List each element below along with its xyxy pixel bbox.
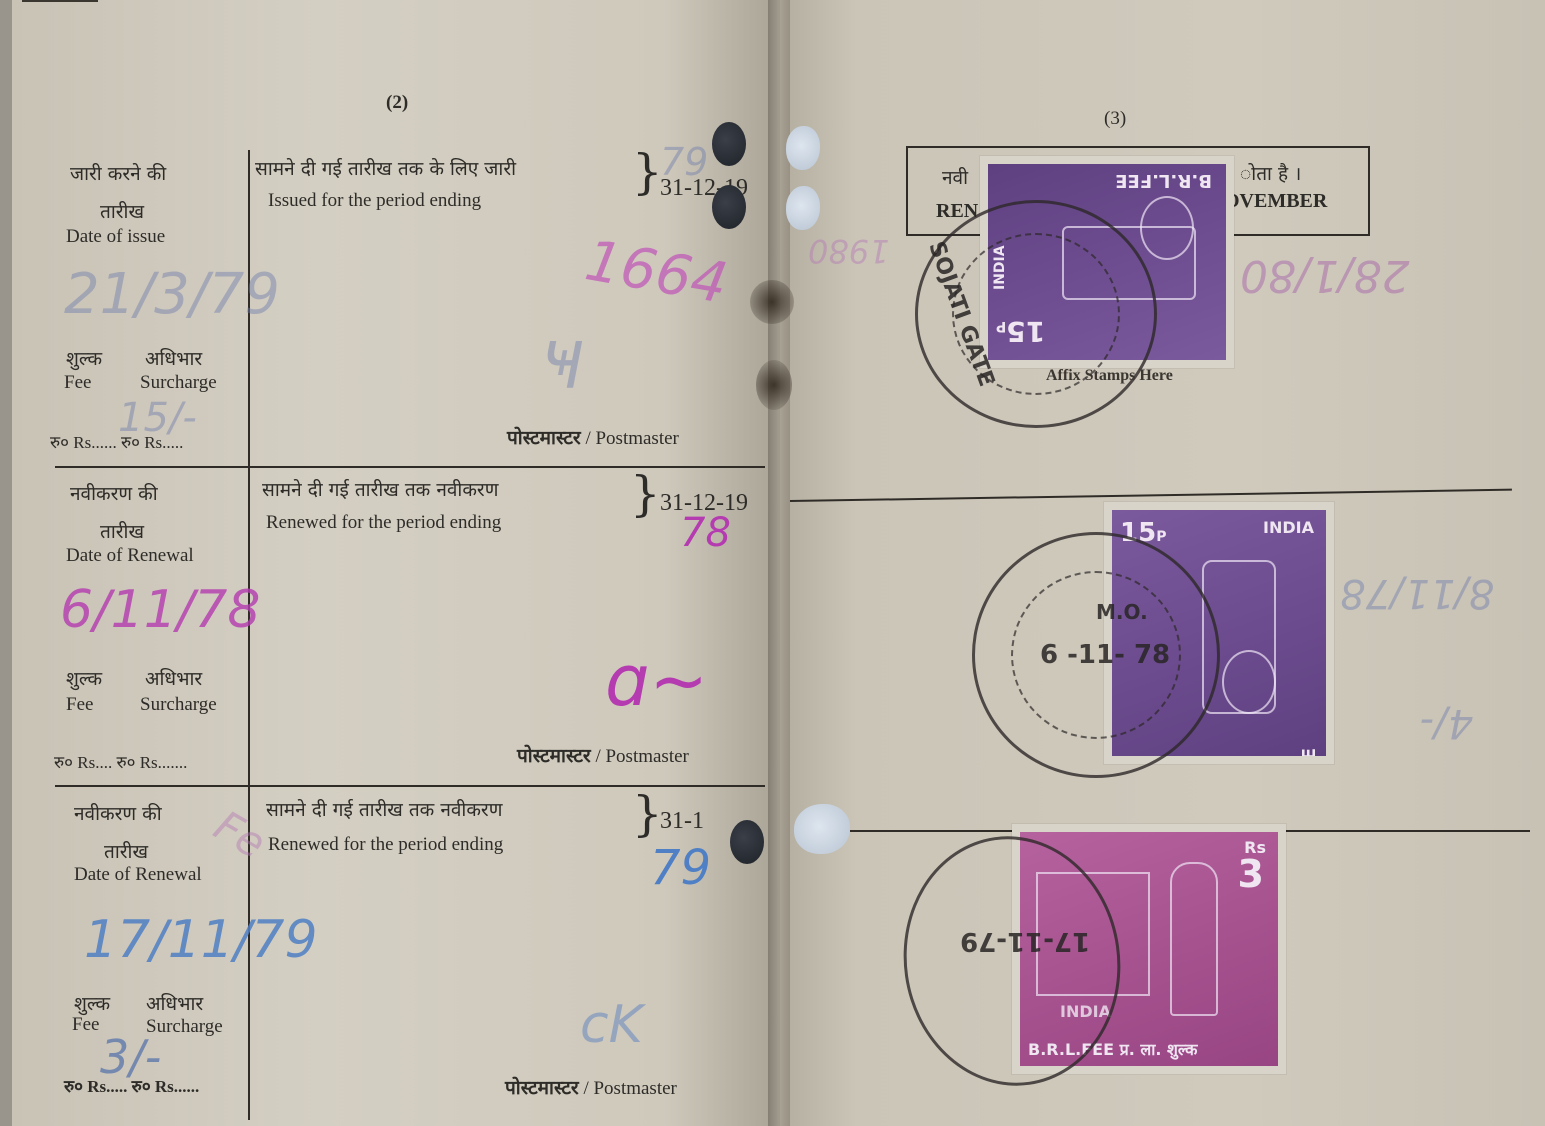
- fee-label: Fee: [66, 694, 93, 716]
- renewal-date-label-hi: नवीकरण की: [70, 480, 158, 506]
- renewal-date-handwritten: 17/11/79: [84, 910, 318, 970]
- right-page-number: (3): [1104, 108, 1126, 130]
- issue-date-handwritten: 21/3/79: [64, 262, 280, 327]
- punch-hole: [712, 122, 746, 166]
- surcharge-label-hi: अधिभार: [146, 990, 203, 1016]
- issued-period-label-hi: सामने दी गई तारीख तक के लिए जारी: [255, 155, 516, 181]
- renewed-period-label-hi: सामने दी गई तारीख तक नवीकरण: [262, 476, 498, 502]
- rs-line: रु० Rs...... रु० Rs.....: [50, 430, 183, 453]
- renewed-period-date: 31-1: [660, 808, 704, 835]
- handwritten-note: 28/1/80: [1240, 250, 1410, 301]
- postmaster-label: पोस्टमास्टर / Postmaster: [507, 424, 679, 450]
- surcharge-label: Surcharge: [140, 372, 217, 394]
- renewal-date-handwritten: 6/11/78: [60, 580, 260, 640]
- surcharge-label-hi: अधिभार: [145, 345, 202, 371]
- rs-line: रु० Rs..... रु० Rs......: [64, 1074, 199, 1097]
- punch-hole: [786, 126, 820, 170]
- issue-date-label-hi: जारी करने की: [70, 160, 166, 186]
- renewed-period-label-hi: सामने दी गई तारीख तक नवीकरण: [266, 796, 502, 822]
- brace: }: [632, 148, 663, 196]
- rs-line: रु० Rs.... रु० Rs.......: [54, 750, 187, 773]
- issued-period-handwritten: 79: [660, 140, 708, 184]
- postmark-date: 6 -11- 78: [1040, 640, 1170, 670]
- notice-text-end: OVEMBER: [1224, 190, 1327, 213]
- issue-date-label-hi-2: तारीख: [100, 198, 144, 224]
- postmaster-label: पोस्टमास्टर / Postmaster: [505, 1074, 677, 1100]
- renewed-period-handwritten: 79: [650, 840, 711, 896]
- notice-text-hi-end: ोता है ।: [1240, 160, 1301, 186]
- renewed-period-label: Renewed for the period ending: [268, 834, 503, 856]
- handwritten-note: 8/11/78: [1340, 570, 1494, 616]
- renewal-date-label-hi-2: तारीख: [104, 838, 148, 864]
- stain: [756, 360, 792, 410]
- stamp-artwork: [1140, 196, 1194, 260]
- renewal-date-label-hi: नवीकरण की: [74, 800, 162, 826]
- postmaster-signature: Ҹ: [540, 330, 584, 404]
- punch-hole: [786, 186, 820, 230]
- postmaster-signature: cK: [580, 995, 643, 1055]
- notice-text-hi-start: नवी: [942, 164, 968, 190]
- brace: }: [630, 470, 661, 518]
- fee-label: Fee: [64, 372, 91, 394]
- renewed-period-label: Renewed for the period ending: [266, 512, 501, 534]
- renewal-date-label-hi-2: तारीख: [100, 518, 144, 544]
- surcharge-label: Surcharge: [140, 694, 217, 716]
- renewed-period-handwritten: 78: [680, 510, 731, 556]
- handwritten-note: 4/-: [1420, 700, 1473, 746]
- brace: }: [632, 790, 663, 838]
- left-page-number: (2): [386, 92, 408, 114]
- punch-hole: [712, 185, 746, 229]
- margin-note: 1980: [808, 232, 889, 270]
- issued-period-label: Issued for the period ending: [268, 190, 481, 212]
- postmark-date: 17-11-79: [960, 926, 1090, 956]
- surcharge-label-hi: अधिभार: [145, 665, 202, 691]
- affix-stamps-label: Affix Stamps Here: [1046, 367, 1173, 385]
- fee-label-hi: शुल्क: [66, 665, 102, 691]
- postmark-detail: M.O.: [1096, 600, 1148, 624]
- postmaster-signature: ɑ~: [605, 640, 708, 722]
- stamp-artwork: [1222, 650, 1276, 714]
- punch-hole: [730, 820, 764, 864]
- issue-date-label: Date of issue: [66, 226, 165, 248]
- top-rule: [22, 0, 98, 2]
- stamp-artwork: [1170, 862, 1218, 1016]
- fee-label: Fee: [72, 1014, 99, 1036]
- booklet-spine: [768, 0, 790, 1126]
- stain: [750, 280, 794, 324]
- punch-hole: [794, 804, 850, 854]
- postmaster-label: पोस्टमास्टर / Postmaster: [517, 742, 689, 768]
- renewal-date-label: Date of Renewal: [74, 864, 202, 886]
- renewal-date-label: Date of Renewal: [66, 545, 194, 567]
- fee-label-hi: शुल्क: [66, 345, 102, 371]
- fee-label-hi: शुल्क: [74, 990, 110, 1016]
